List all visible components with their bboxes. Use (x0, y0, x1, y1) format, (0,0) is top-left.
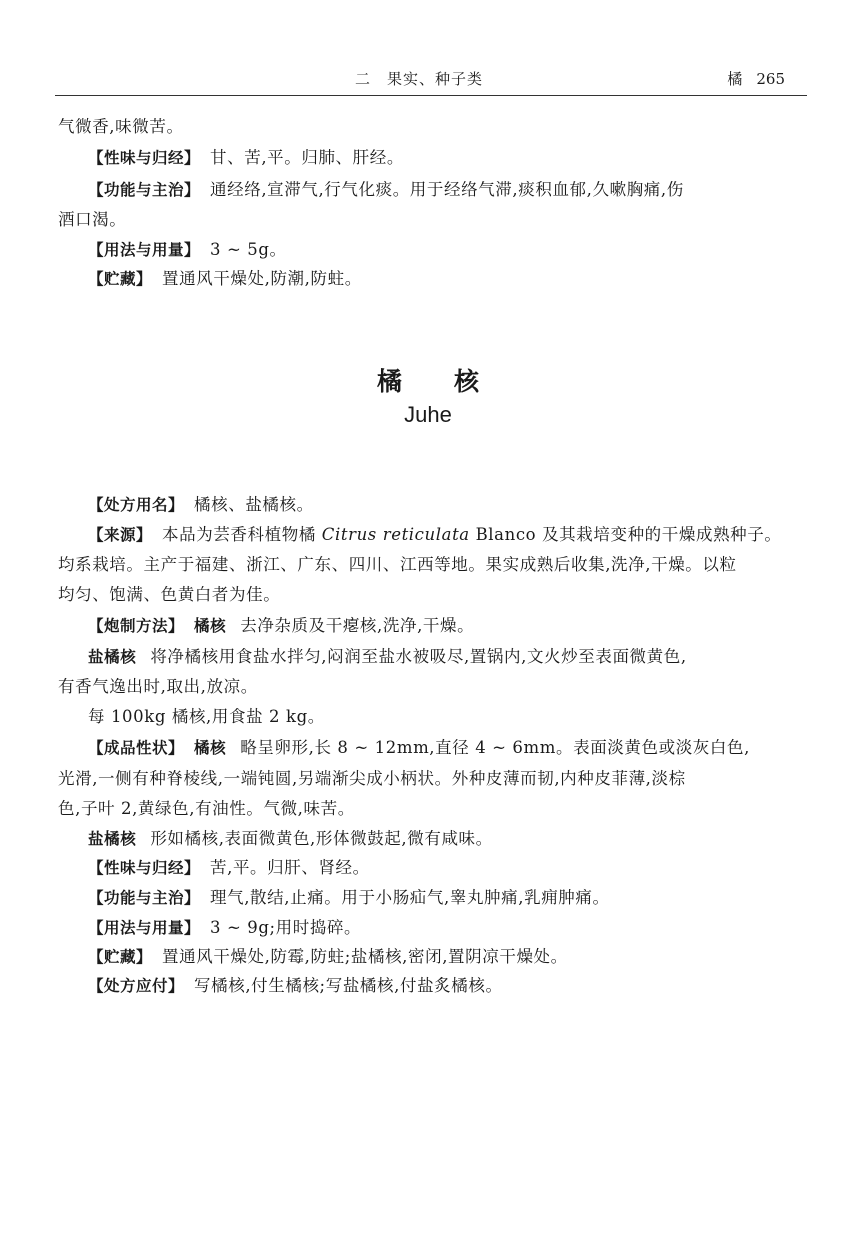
source-line-3: 均匀、饱满、色黄白者为佳。 (58, 584, 280, 606)
subitem-name: 盐橘核 (88, 648, 136, 666)
running-title: 橘 (727, 70, 742, 88)
function-section: 【功能与主治】理气,散结,止痛。用于小肠疝气,睾丸肿痛,乳痈肿痛。 (88, 887, 610, 909)
section-label: 【性味与归经】 (88, 859, 200, 877)
description-line-2: 光滑,一侧有种脊棱线,一端钝圆,另端渐尖成小柄状。外种皮薄而韧,内种皮菲薄,淡棕 (58, 768, 686, 790)
header-rule (55, 95, 807, 96)
section-label: 【成品性状】 (88, 739, 184, 757)
processing-section: 【炮制方法】橘核去净杂质及干瘪核,洗净,干燥。 (88, 615, 474, 637)
description-section: 【成品性状】橘核略呈卵形,长 8 ~ 12mm,直径 4 ~ 6mm。表面淡黄色… (88, 737, 750, 759)
section-label: 【贮藏】 (88, 948, 152, 966)
section-text: 通经络,宣滞气,行气化痰。用于经络气滞,痰积血郁,久嗽胸痛,伤 (210, 180, 684, 199)
section-text: 橘核、盐橘核。 (194, 495, 314, 514)
page-number: 265 (756, 70, 785, 88)
section-text: 略呈卵形,长 8 ~ 12mm,直径 4 ~ 6mm。表面淡黄色或淡灰白色, (240, 738, 750, 757)
source-section: 【来源】本品为芸香科植物橘 Citrus reticulata Blanco 及… (88, 524, 781, 546)
section-label: 【来源】 (88, 526, 152, 544)
section-label: 【处方用名】 (88, 496, 184, 514)
dosage-section: 【用法与用量】3 ~ 9g;用时捣碎。 (88, 917, 361, 939)
chapter-title: 二 果实、种子类 (355, 68, 483, 89)
prescription-names-section: 【处方用名】橘核、盐橘核。 (88, 494, 314, 516)
section-text: 形如橘核,表面微黄色,形体微鼓起,微有咸味。 (150, 829, 492, 848)
section-label: 【功能与主治】 (88, 889, 200, 907)
entry-title: 橘核 (0, 362, 856, 398)
storage-section: 【贮藏】置通风干燥处,防霉,防蛀;盐橘核,密闭,置阴凉干燥处。 (88, 946, 568, 968)
section-text: 写橘核,付生橘核;写盐橘核,付盐炙橘核。 (194, 976, 503, 995)
section-label: 【处方应付】 (88, 977, 184, 995)
description-line-3: 色,子叶 2,黄绿色,有油性。气微,味苦。 (58, 798, 355, 820)
nature-section: 【性味与归经】苦,平。归肝、肾经。 (88, 857, 370, 879)
latin-name: Citrus reticulata (322, 525, 470, 544)
prev-function-section: 【功能与主治】通经络,宣滞气,行气化痰。用于经络气滞,痰积血郁,久嗽胸痛,伤 (88, 179, 684, 201)
subitem-name: 盐橘核 (88, 830, 136, 848)
section-label: 【用法与用量】 (88, 241, 200, 259)
section-label: 【炮制方法】 (88, 617, 184, 635)
section-label: 【性味与归经】 (88, 149, 200, 167)
section-label: 【功能与主治】 (88, 181, 200, 199)
source-line-2: 均系栽培。主产于福建、浙江、广东、四川、江西等地。果实成熟后收集,洗净,干燥。以… (58, 554, 737, 576)
subitem-name: 橘核 (194, 739, 226, 757)
processing-salt-item: 盐橘核将净橘核用食盐水拌匀,闷润至盐水被吸尽,置锅内,文火炒至表面微黄色, (88, 646, 687, 668)
section-text: 理气,散结,止痛。用于小肠疝气,睾丸肿痛,乳痈肿痛。 (210, 888, 610, 907)
section-text: 甘、苦,平。归肺、肝经。 (210, 148, 404, 167)
section-text: Blanco 及其栽培变种的干燥成熟种子。 (470, 525, 782, 544)
prev-nature-section: 【性味与归经】甘、苦,平。归肺、肝经。 (88, 147, 404, 169)
subitem-name: 橘核 (194, 617, 226, 635)
dispensing-section: 【处方应付】写橘核,付生橘核;写盐橘核,付盐炙橘核。 (88, 975, 503, 997)
section-label: 【用法与用量】 (88, 919, 200, 937)
prev-storage-section: 【贮藏】置通风干燥处,防潮,防蛀。 (88, 268, 362, 290)
section-label: 【贮藏】 (88, 270, 152, 288)
section-text: 置通风干燥处,防霉,防蛀;盐橘核,密闭,置阴凉干燥处。 (162, 947, 568, 966)
section-text: 去净杂质及干瘪核,洗净,干燥。 (240, 616, 474, 635)
entry-pinyin: Juhe (0, 402, 856, 428)
section-text: 苦,平。归肝、肾经。 (210, 858, 370, 877)
running-header: 橘265 (713, 68, 785, 89)
section-text: 置通风干燥处,防潮,防蛀。 (162, 269, 362, 288)
page-header: 二 果实、种子类 橘265 (55, 68, 807, 94)
section-text: 本品为芸香科植物橘 (162, 525, 322, 544)
section-text: 3 ~ 5g。 (210, 240, 287, 259)
description-salt-item: 盐橘核形如橘核,表面微黄色,形体微鼓起,微有咸味。 (88, 828, 493, 850)
processing-ratio: 每 100kg 橘核,用食盐 2 kg。 (88, 706, 325, 728)
processing-salt-continuation: 有香气逸出时,取出,放凉。 (58, 676, 258, 698)
prev-dosage-section: 【用法与用量】3 ~ 5g。 (88, 239, 287, 261)
section-text: 3 ~ 9g;用时捣碎。 (210, 918, 361, 937)
prev-function-continuation: 酒口渴。 (58, 209, 126, 231)
section-text: 将净橘核用食盐水拌匀,闷润至盐水被吸尽,置锅内,文火炒至表面微黄色, (150, 647, 686, 666)
continuation-text: 气微香,味微苦。 (58, 116, 184, 138)
